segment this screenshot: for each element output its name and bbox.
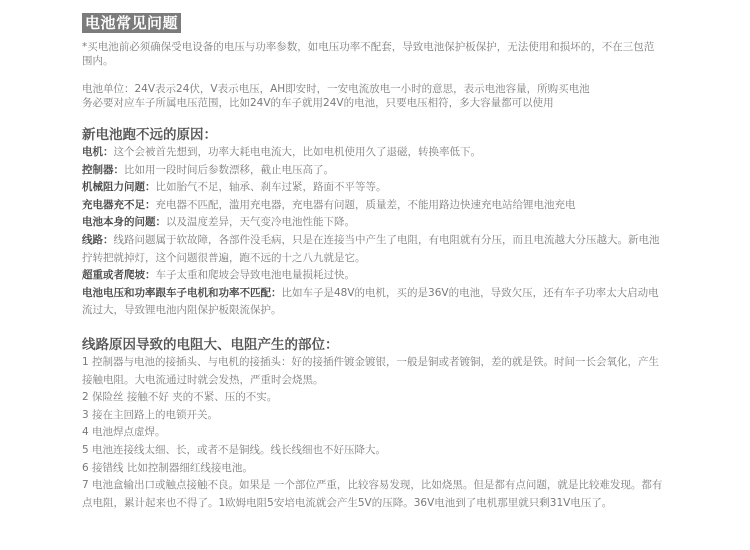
item-text: 这个会被首先想到，功率大耗电电流大，比如电机使用久了退磁，转换率低下。 xyxy=(114,146,482,158)
list-item: 电池电压和功率跟车子电机和功率不匹配：比如车子是48V的电机，买的是36V的电池… xyxy=(82,285,664,320)
list-item: 超重或者爬坡：车子太重和爬坡会导致电池电量损耗过快。 xyxy=(82,267,664,285)
list-item: 控制器：比如用一段时间后参数漂移，截止电压高了。 xyxy=(82,162,664,180)
item-text: 以及温度差异，天气变冷电池性能下降。 xyxy=(166,216,355,228)
list-item: 充电器充不足：充电器不匹配，滥用充电器，充电器有问题，质量差，不能用路边快速充电… xyxy=(82,197,664,215)
list-item: 4 电池焊点虚焊。 xyxy=(82,424,664,442)
list-item: 机械阻力问题：比如胎气不足，轴承、刹车过紧，路面不平等等。 xyxy=(82,179,664,197)
item-text: 充电器不匹配，滥用充电器，充电器有问题，质量差，不能用路边快速充电站给锂电池充电 xyxy=(156,199,576,211)
item-text: 车子太重和爬坡会导致电池电量损耗过快。 xyxy=(156,269,356,281)
list-item: 线路：线路问题属于软故障，各部件没毛病，只是在连接当中产生了电阻，有电阻就有分压… xyxy=(82,232,664,267)
section-heading-resistance-locations: 线路原因导致的电阻大、电阻产生的部位： xyxy=(82,336,664,354)
list-item: 电机：这个会被首先想到，功率大耗电电流大，比如电机使用久了退磁，转换率低下。 xyxy=(82,144,664,162)
item-label: 线路： xyxy=(82,234,114,246)
resistance-locations-list: 1 控制器与电池的接插头、与电机的接插头：好的接插件镀金镀银，一般是铜或者镀铜，… xyxy=(82,354,664,512)
range-causes-list: 电机：这个会被首先想到，功率大耗电电流大，比如电机使用久了退磁，转换率低下。 控… xyxy=(82,144,664,320)
item-label: 机械阻力问题： xyxy=(82,181,156,193)
page-title: 电池常见问题 xyxy=(82,13,181,33)
item-label: 超重或者爬坡： xyxy=(82,269,156,281)
item-label: 控制器： xyxy=(82,164,124,176)
item-text: 比如用一段时间后参数漂移，截止电压高了。 xyxy=(124,164,334,176)
list-item: 电池本身的问题：以及温度差异，天气变冷电池性能下降。 xyxy=(82,214,664,232)
item-label: 电池电压和功率跟车子电机和功率不匹配： xyxy=(82,287,282,299)
list-item: 3 接在主回路上的电锁开关。 xyxy=(82,407,664,425)
faq-document: 电池常见问题 *买电池前必须确保受电设备的电压与功率参数，如电压功率不配套，导致… xyxy=(82,13,664,512)
list-item: 5 电池连接线太细、长，或者不是铜线。线长线细也不好压降大。 xyxy=(82,442,664,460)
battery-unit-explanation: 电池单位：24V表示24伏，V表示电压，AH即安时，一安电流放电一小时的意思，表… xyxy=(82,82,664,110)
item-label: 电池本身的问题： xyxy=(82,216,166,228)
section-heading-range-causes: 新电池跑不远的原因： xyxy=(82,126,664,144)
list-item: 2 保险丝 接触不好 夹的不紧、压的不实。 xyxy=(82,389,664,407)
list-item: 1 控制器与电池的接插头、与电机的接插头：好的接插件镀金镀银，一般是铜或者镀铜，… xyxy=(82,354,664,389)
list-item: 6 接错线 比如控制器细红线接电池。 xyxy=(82,460,664,478)
unit-line-2: 务必要对应车子所属电压范围，比如24V的车子就用24V的电池，只要电压相符，多大… xyxy=(82,96,664,110)
item-label: 充电器充不足： xyxy=(82,199,156,211)
item-text: 比如胎气不足，轴承、刹车过紧，路面不平等等。 xyxy=(156,181,387,193)
list-item: 7 电池盒输出口或触点接触不良。如果是 一个部位严重，比较容易发现，比如烧黑。但… xyxy=(82,477,664,512)
item-text: 线路问题属于软故障，各部件没毛病，只是在连接当中产生了电阻，有电阻就有分压，而且… xyxy=(82,234,660,264)
unit-line-1: 电池单位：24V表示24伏，V表示电压，AH即安时，一安电流放电一小时的意思，表… xyxy=(82,82,664,96)
intro-notice: *买电池前必须确保受电设备的电压与功率参数，如电压功率不配套，导致电池保护板保护… xyxy=(82,40,664,68)
item-label: 电机： xyxy=(82,146,114,158)
